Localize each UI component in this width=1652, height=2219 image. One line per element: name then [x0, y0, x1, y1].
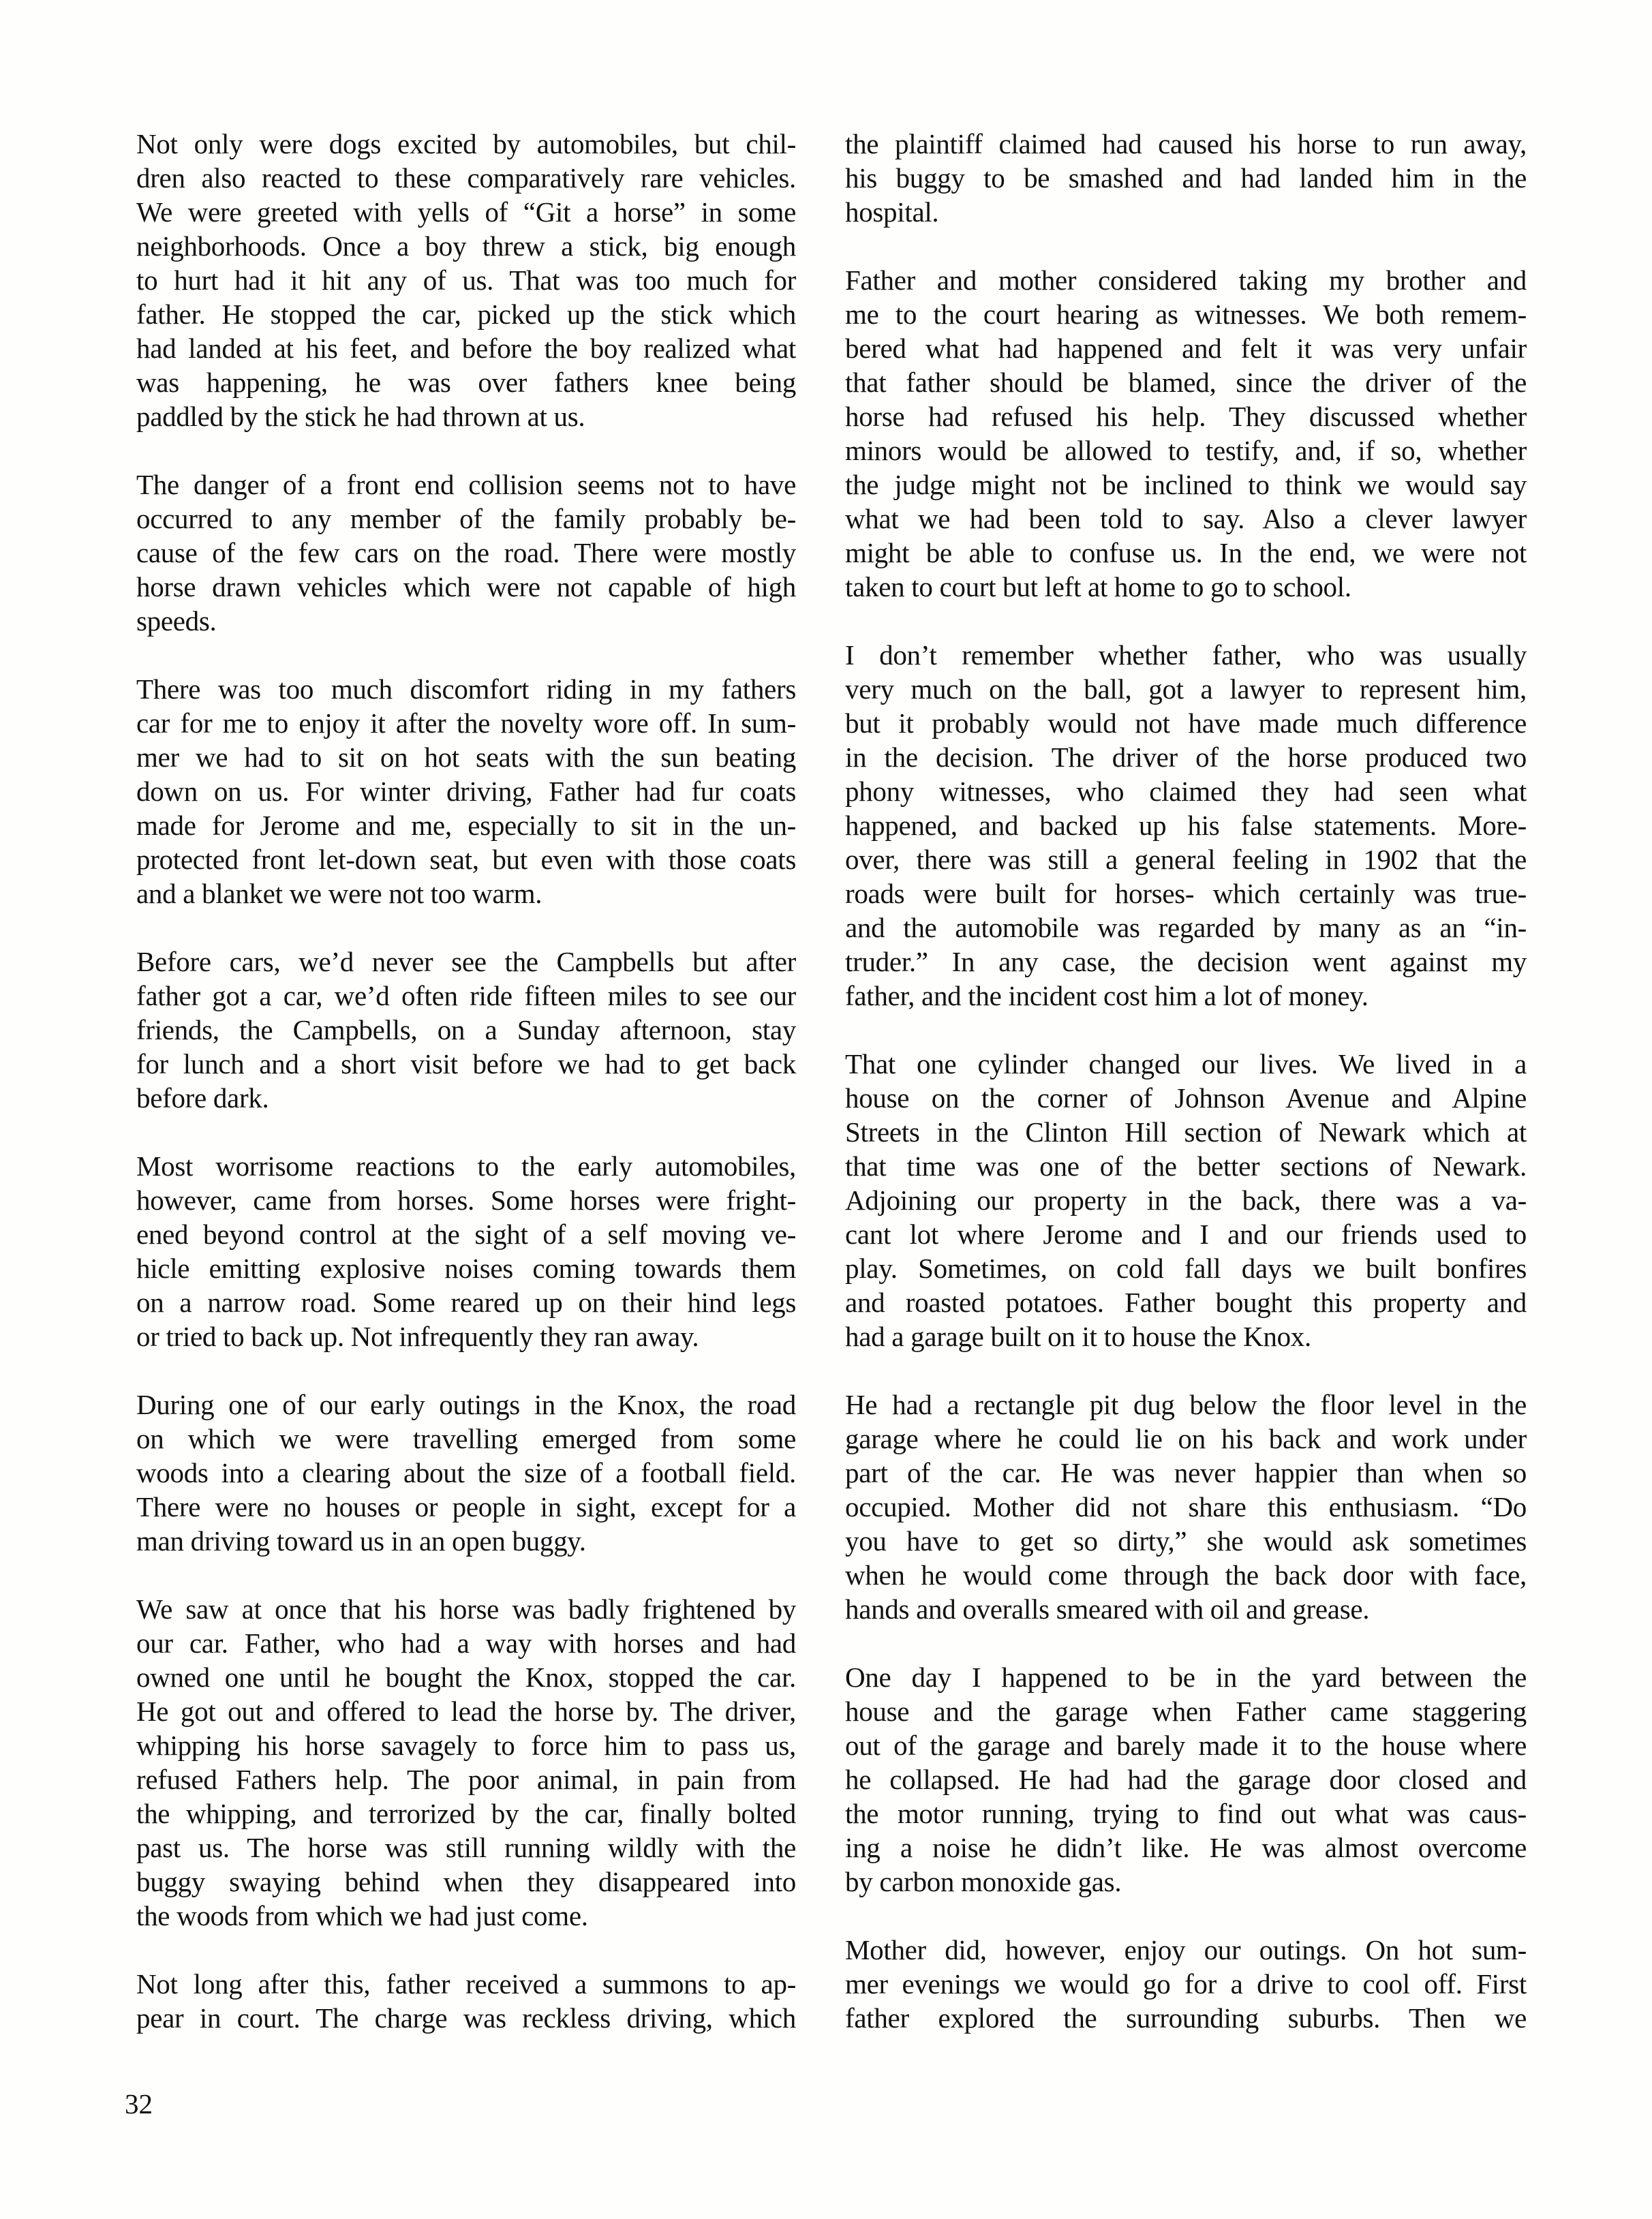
text-line: Father and mother considered taking my b… — [845, 263, 1527, 297]
text-line: speeds. — [136, 604, 796, 638]
text-line: house on the corner of Johnson Avenue an… — [845, 1081, 1527, 1115]
text-line: that time was one of the better sections… — [845, 1149, 1527, 1183]
text-line: had a garage built on it to house the Kn… — [845, 1319, 1527, 1353]
paragraph: Father and mother considered taking my b… — [845, 263, 1527, 604]
text-line: horse drawn vehicles which were not capa… — [136, 570, 796, 604]
text-line: Not long after this, father received a s… — [136, 1967, 796, 2001]
book-page: Not only were dogs excited by automobile… — [0, 0, 1652, 2219]
text-line: I don’t remember whether father, who was… — [845, 638, 1527, 672]
text-line: dren also reacted to these comparatively… — [136, 161, 796, 195]
text-line: but it probably would not have made much… — [845, 706, 1527, 740]
paragraph: During one of our early outings in the K… — [136, 1388, 796, 1558]
text-line: was happening, he was over fathers knee … — [136, 365, 796, 399]
text-line: that father should be blamed, since the … — [845, 365, 1527, 399]
text-line: and roasted potatoes. Father bought this… — [845, 1285, 1527, 1319]
text-line: We were greeted with yells of “Git a hor… — [136, 195, 796, 229]
text-line: neighborhoods. Once a boy threw a stick,… — [136, 229, 796, 263]
text-line: over, there was still a general feeling … — [845, 842, 1527, 876]
paragraph: Before cars, we’d never see the Campbell… — [136, 945, 796, 1115]
text-line: woods into a clearing about the size of … — [136, 1456, 796, 1490]
text-line: the judge might not be inclined to think… — [845, 468, 1527, 502]
text-line: owned one until he bought the Knox, stop… — [136, 1660, 796, 1694]
text-line: Most worrisome reactions to the early au… — [136, 1149, 796, 1183]
text-line: We saw at once that his horse was badly … — [136, 1592, 796, 1626]
text-line: He got out and offered to lead the horse… — [136, 1694, 796, 1728]
text-line: father got a car, we’d often ride fiftee… — [136, 979, 796, 1013]
text-line: taken to court but left at home to go to… — [845, 570, 1527, 604]
text-line: father, and the incident cost him a lot … — [845, 979, 1527, 1013]
text-line: occupied. Mother did not share this enth… — [845, 1490, 1527, 1524]
text-line: bered what had happened and felt it was … — [845, 331, 1527, 365]
text-line: That one cylinder changed our lives. We … — [845, 1047, 1527, 1081]
text-line: During one of our early outings in the K… — [136, 1388, 796, 1422]
left-column: Not only were dogs excited by automobile… — [136, 127, 796, 2069]
text-line: his buggy to be smashed and had landed h… — [845, 161, 1527, 195]
text-line: man driving toward us in an open buggy. — [136, 1524, 796, 1558]
text-line: the woods from which we had just come. — [136, 1899, 796, 1933]
text-line: before dark. — [136, 1081, 796, 1115]
text-line: past us. The horse was still running wil… — [136, 1831, 796, 1865]
text-line: truder.” In any case, the decision went … — [845, 945, 1527, 979]
text-line: you have to get so dirty,” she would ask… — [845, 1524, 1527, 1558]
text-line: what we had been told to say. Also a cle… — [845, 502, 1527, 536]
text-line: me to the court hearing as witnesses. We… — [845, 297, 1527, 331]
text-line: roads were built for horses- which certa… — [845, 876, 1527, 910]
paragraph: There was too much discomfort riding in … — [136, 672, 796, 910]
text-line: Streets in the Clinton Hill section of N… — [845, 1115, 1527, 1149]
text-line: our car. Father, who had a way with hors… — [136, 1626, 796, 1660]
paragraph: Most worrisome reactions to the early au… — [136, 1149, 796, 1353]
text-line: the motor running, trying to find out wh… — [845, 1796, 1527, 1831]
text-line: he collapsed. He had had the garage door… — [845, 1762, 1527, 1796]
text-line: made for Jerome and me, especially to si… — [136, 808, 796, 842]
text-line: happened, and backed up his false statem… — [845, 808, 1527, 842]
text-line: by carbon monoxide gas. — [845, 1865, 1527, 1899]
text-line: whipping his horse savagely to force him… — [136, 1728, 796, 1762]
paragraph: Mother did, however, enjoy our outings. … — [845, 1933, 1527, 2035]
text-line: father explored the surrounding suburbs.… — [845, 2001, 1527, 2035]
text-line: father. He stopped the car, picked up th… — [136, 297, 796, 331]
text-line: hicle emitting explosive noises coming t… — [136, 1251, 796, 1285]
paragraph: He had a rectangle pit dug below the flo… — [845, 1388, 1527, 1626]
text-line: occurred to any member of the family pro… — [136, 502, 796, 536]
text-line: cant lot where Jerome and I and our frie… — [845, 1217, 1527, 1251]
text-line: cause of the few cars on the road. There… — [136, 536, 796, 570]
text-line: protected front let-down seat, but even … — [136, 842, 796, 876]
text-line: or tried to back up. Not infrequently th… — [136, 1319, 796, 1353]
text-line: however, came from horses. Some horses w… — [136, 1183, 796, 1217]
text-line: He had a rectangle pit dug below the flo… — [845, 1388, 1527, 1422]
paragraph: That one cylinder changed our lives. We … — [845, 1047, 1527, 1353]
text-line: mer we had to sit on hot seats with the … — [136, 740, 796, 774]
text-line: There were no houses or people in sight,… — [136, 1490, 796, 1524]
text-line: house and the garage when Father came st… — [845, 1694, 1527, 1728]
text-line: and a blanket we were not too warm. — [136, 876, 796, 910]
text-line: There was too much discomfort riding in … — [136, 672, 796, 706]
text-line: for lunch and a short visit before we ha… — [136, 1047, 796, 1081]
text-line: The danger of a front end collision seem… — [136, 468, 796, 502]
text-line: mer evenings we would go for a drive to … — [845, 1967, 1527, 2001]
text-line: Adjoining our property in the back, ther… — [845, 1183, 1527, 1217]
text-line: Not only were dogs excited by automobile… — [136, 127, 796, 161]
text-line: the whipping, and terrorized by the car,… — [136, 1796, 796, 1831]
text-line: Before cars, we’d never see the Campbell… — [136, 945, 796, 979]
text-line: refused Fathers help. The poor animal, i… — [136, 1762, 796, 1796]
page-number: 32 — [125, 2087, 153, 2121]
text-line: hands and overalls smeared with oil and … — [845, 1592, 1527, 1626]
text-line: phony witnesses, who claimed they had se… — [845, 774, 1527, 808]
text-line: garage where he could lie on his back an… — [845, 1422, 1527, 1456]
text-line: hospital. — [845, 195, 1527, 229]
text-line: buggy swaying behind when they disappear… — [136, 1865, 796, 1899]
text-line: on which we were travelling emerged from… — [136, 1422, 796, 1456]
text-line: in the decision. The driver of the horse… — [845, 740, 1527, 774]
text-line: very much on the ball, got a lawyer to r… — [845, 672, 1527, 706]
text-line: car for me to enjoy it after the novelty… — [136, 706, 796, 740]
paragraph: The danger of a front end collision seem… — [136, 468, 796, 638]
paragraph: We saw at once that his horse was badly … — [136, 1592, 796, 1933]
text-line: play. Sometimes, on cold fall days we bu… — [845, 1251, 1527, 1285]
text-line: ing a noise he didn’t like. He was almos… — [845, 1831, 1527, 1865]
paragraph: Not only were dogs excited by automobile… — [136, 127, 796, 433]
text-line: paddled by the stick he had thrown at us… — [136, 399, 796, 433]
paragraph: One day I happened to be in the yard bet… — [845, 1660, 1527, 1899]
text-line: One day I happened to be in the yard bet… — [845, 1660, 1527, 1694]
paragraph: I don’t remember whether father, who was… — [845, 638, 1527, 1013]
text-line: and the automobile was regarded by many … — [845, 910, 1527, 945]
text-line: might be able to confuse us. In the end,… — [845, 536, 1527, 570]
text-line: down on us. For winter driving, Father h… — [136, 774, 796, 808]
text-line: the plaintiff claimed had caused his hor… — [845, 127, 1527, 161]
text-line: when he would come through the back door… — [845, 1558, 1527, 1592]
paragraph: Not long after this, father received a s… — [136, 1967, 796, 2035]
text-line: out of the garage and barely made it to … — [845, 1728, 1527, 1762]
text-line: pear in court. The charge was reckless d… — [136, 2001, 796, 2035]
text-line: ened beyond control at the sight of a se… — [136, 1217, 796, 1251]
text-line: friends, the Campbells, on a Sunday afte… — [136, 1013, 796, 1047]
text-line: on a narrow road. Some reared up on thei… — [136, 1285, 796, 1319]
text-line: horse had refused his help. They discuss… — [845, 399, 1527, 433]
text-line: to hurt had it hit any of us. That was t… — [136, 263, 796, 297]
text-line: Mother did, however, enjoy our outings. … — [845, 1933, 1527, 1967]
text-line: had landed at his feet, and before the b… — [136, 331, 796, 365]
text-line: part of the car. He was never happier th… — [845, 1456, 1527, 1490]
paragraph: the plaintiff claimed had caused his hor… — [845, 127, 1527, 229]
right-column: the plaintiff claimed had caused his hor… — [845, 127, 1527, 2069]
text-line: minors would be allowed to testify, and,… — [845, 433, 1527, 468]
